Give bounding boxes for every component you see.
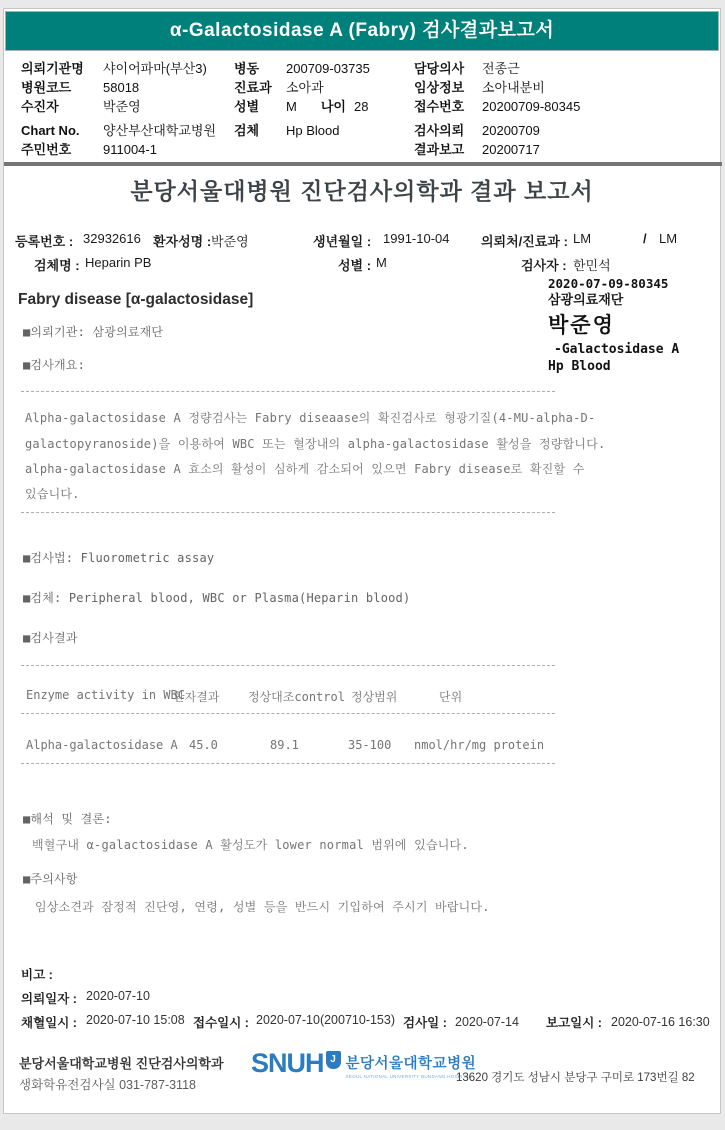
examiner-value: 한민석 (573, 255, 611, 274)
overview-text-line: alpha-galactosidase A 효소의 활성이 심하게 감소되어 있… (25, 460, 584, 477)
receipt-datetime-value: 2020-07-10(200710-153) (256, 1013, 395, 1027)
receipt-datetime-label: 접수일시 : (193, 1013, 249, 1031)
dashed-separator (21, 713, 555, 714)
referral-dept-value1: LM (573, 231, 591, 246)
birthdate-value: 1991-10-04 (383, 231, 450, 246)
birthdate-label: 생년월일 : (313, 231, 371, 250)
patient-name-value: 박준영 (211, 231, 249, 250)
info-row: 담당의사전종근 (414, 59, 714, 78)
interpretation-text: 백혈구내 α-galactosidase A 활성도가 lower normal… (32, 836, 469, 853)
info-row: 검체Hp Blood (234, 121, 414, 140)
dashed-separator (21, 763, 555, 764)
field-label: 검사의뢰 (414, 121, 482, 140)
footer-department: 분당서울대학교병원 진단검사의학과 (19, 1053, 224, 1072)
reg-no-value: 32932616 (83, 231, 141, 246)
table-header: 정상범위 (351, 688, 397, 705)
table-header: 단위 (439, 688, 462, 705)
specimen-line: ■검체: Peripheral blood, WBC or Plasma(Hep… (23, 589, 410, 606)
info-row-sex-age: 성별M나이28 (234, 97, 414, 116)
dashed-separator (21, 512, 555, 513)
age-value: 28 (354, 97, 368, 116)
footer-lab-phone: 생화학유전검사실 031-787-3118 (19, 1075, 196, 1093)
field-value: 소아내분비 (482, 78, 545, 97)
field-label: 임상정보 (414, 78, 482, 97)
stamp-specimen-type: Hp Blood (548, 359, 679, 374)
test-date-label: 검사일 : (403, 1013, 447, 1031)
sex-value: M (376, 255, 387, 270)
info-row: 임상정보소아내분비 (414, 78, 714, 97)
info-row: 검사의뢰20200709 (414, 121, 714, 140)
field-label: 병원코드 (21, 78, 103, 97)
info-row: 의뢰기관명샤이어파마(부산3) (21, 59, 233, 78)
test-date-value: 2020-07-14 (455, 1015, 519, 1029)
referring-org-line: ■의뢰기관: 삼광의료재단 (23, 323, 163, 340)
request-date-label: 의뢰일자 : (21, 989, 77, 1007)
info-row: Chart No.양산부산대학교병원 (21, 121, 233, 140)
field-value: 박준영 (103, 97, 141, 116)
info-row: 접수번호20200709-80345 (414, 97, 714, 116)
field-value: 샤이어파마(부산3) (103, 59, 207, 78)
method-line: ■검사법: Fluorometric assay (23, 549, 214, 566)
field-value: 양산부산대학교병원 (103, 121, 216, 140)
page-background: α-Galactosidase A (Fabry) 검사결과보고서 의뢰기관명샤… (0, 0, 725, 1130)
field-value: 20200709-80345 (482, 97, 580, 116)
order-info-col3: 담당의사전종근 임상정보소아내분비 접수번호20200709-80345 검사의… (414, 59, 714, 159)
sex-label: 성별 : (338, 255, 371, 274)
referral-dept-separator: / (643, 231, 647, 246)
referral-dept-label: 의뢰처/진료과 : (481, 231, 568, 250)
field-value: 20200717 (482, 140, 540, 159)
table-cell-normal-range: 35-100 (348, 738, 391, 752)
stamp-patient-name: 박준영 (548, 309, 679, 339)
order-info-col1: 의뢰기관명샤이어파마(부산3) 병원코드58018 수진자박준영 Chart N… (21, 59, 233, 159)
stamp-test-name: -Galactosidase A (554, 342, 679, 357)
field-value: 58018 (103, 78, 139, 97)
order-info-col2: 병동200709-03735 진료과소아과 성별M나이28 검체Hp Blood (234, 59, 414, 140)
field-value: 911004-1 (103, 140, 157, 159)
collection-datetime-value: 2020-07-10 15:08 (86, 1013, 185, 1027)
collection-datetime-label: 채혈일시 : (21, 1013, 77, 1031)
result-section-label: ■검사결과 (23, 629, 78, 646)
field-label: 수진자 (21, 97, 103, 116)
snuh-shield-icon: J (326, 1051, 341, 1069)
interpretation-section-label: ■해석 및 결론: (23, 810, 112, 827)
report-document: α-Galactosidase A (Fabry) 검사결과보고서 의뢰기관명샤… (3, 8, 721, 1114)
dashed-separator (21, 391, 555, 392)
field-label: 결과보고 (414, 140, 482, 159)
snuh-logo-text: SNUH (251, 1049, 324, 1077)
hospital-report-title: 분당서울대병원 진단검사의학과 결과 보고서 (4, 173, 720, 206)
table-cell-test-name: Alpha-galactosidase A (26, 738, 178, 752)
table-cell-unit: nmol/hr/mg protein (414, 738, 544, 752)
test-name-heading: Fabry disease [α-galactosidase] (18, 291, 253, 309)
field-value: M (286, 97, 297, 116)
field-value: 전종근 (482, 59, 520, 78)
reg-no-label: 등록번호 : (15, 231, 73, 250)
report-title-banner: α-Galactosidase A (Fabry) 검사결과보고서 (5, 11, 719, 51)
caution-section-label: ■주의사항 (23, 870, 78, 887)
field-value: 소아과 (286, 78, 324, 97)
info-row: 진료과소아과 (234, 78, 414, 97)
field-label: Chart No. (21, 121, 103, 140)
request-date-value: 2020-07-10 (86, 989, 150, 1003)
stamp-receipt-no: 2020-07-09-80345 (548, 277, 679, 288)
age-label: 나이 (321, 97, 346, 116)
report-title: α-Galactosidase A (Fabry) 검사결과보고서 (170, 20, 554, 41)
field-value: 20200709 (482, 121, 540, 140)
field-label: 진료과 (234, 78, 286, 97)
table-header: 환자결과 (173, 688, 219, 705)
field-label: 성별 (234, 97, 286, 116)
overview-text-line: Alpha-galactosidase A 정량검사는 Fabry diseaa… (25, 409, 595, 426)
field-label: 의뢰기관명 (21, 59, 103, 78)
specimen-stamp: 2020-07-09-80345 삼광의료재단 박준영 -Galactosida… (548, 277, 679, 374)
note-label: 비고 : (21, 965, 53, 983)
snuh-logo: SNUH J 분당서울대학교병원 SEOUL NATIONAL UNIVERSI… (251, 1049, 476, 1079)
field-label: 검체 (234, 121, 286, 140)
field-value: Hp Blood (286, 121, 339, 140)
info-row: 결과보고20200717 (414, 140, 714, 159)
specimen-name-value: Heparin PB (85, 255, 151, 270)
overview-text-line: 있습니다. (25, 485, 80, 502)
report-datetime-label: 보고일시 : (546, 1013, 602, 1031)
info-row: 수진자박준영 (21, 97, 233, 116)
patient-name-label: 환자성명 : (153, 231, 211, 250)
field-label: 병동 (234, 59, 286, 78)
specimen-name-label: 검체명 : (34, 255, 80, 274)
field-label: 담당의사 (414, 59, 482, 78)
info-row: 병원코드58018 (21, 78, 233, 97)
stamp-org: 삼광의료재단 (548, 289, 679, 308)
overview-text-line: galactopyranoside)을 이용하여 WBC 또는 혈장내의 alp… (25, 435, 605, 452)
dashed-separator (21, 665, 555, 666)
table-cell-control: 89.1 (270, 738, 299, 752)
examiner-label: 검사자 : (521, 255, 567, 274)
overview-section-label: ■검사개요: (23, 356, 85, 373)
section-divider-bar (4, 162, 722, 166)
footer-address: 13620 경기도 성남시 분당구 구미로 173번길 82 (456, 1069, 695, 1085)
field-label: 주민번호 (21, 140, 103, 159)
table-header: Enzyme activity in WBC (26, 688, 185, 702)
table-cell-patient-result: 45.0 (189, 738, 218, 752)
table-header: 정상대조control (248, 688, 345, 705)
field-label: 접수번호 (414, 97, 482, 116)
info-row: 주민번호911004-1 (21, 140, 233, 159)
field-value: 200709-03735 (286, 59, 370, 78)
info-row: 병동200709-03735 (234, 59, 414, 78)
caution-text: 임상소견과 잠정적 진단영, 연령, 성별 등을 반드시 기입하여 주시기 바랍… (35, 898, 490, 915)
report-datetime-value: 2020-07-16 16:30 (611, 1015, 710, 1029)
referral-dept-value2: LM (659, 231, 677, 246)
